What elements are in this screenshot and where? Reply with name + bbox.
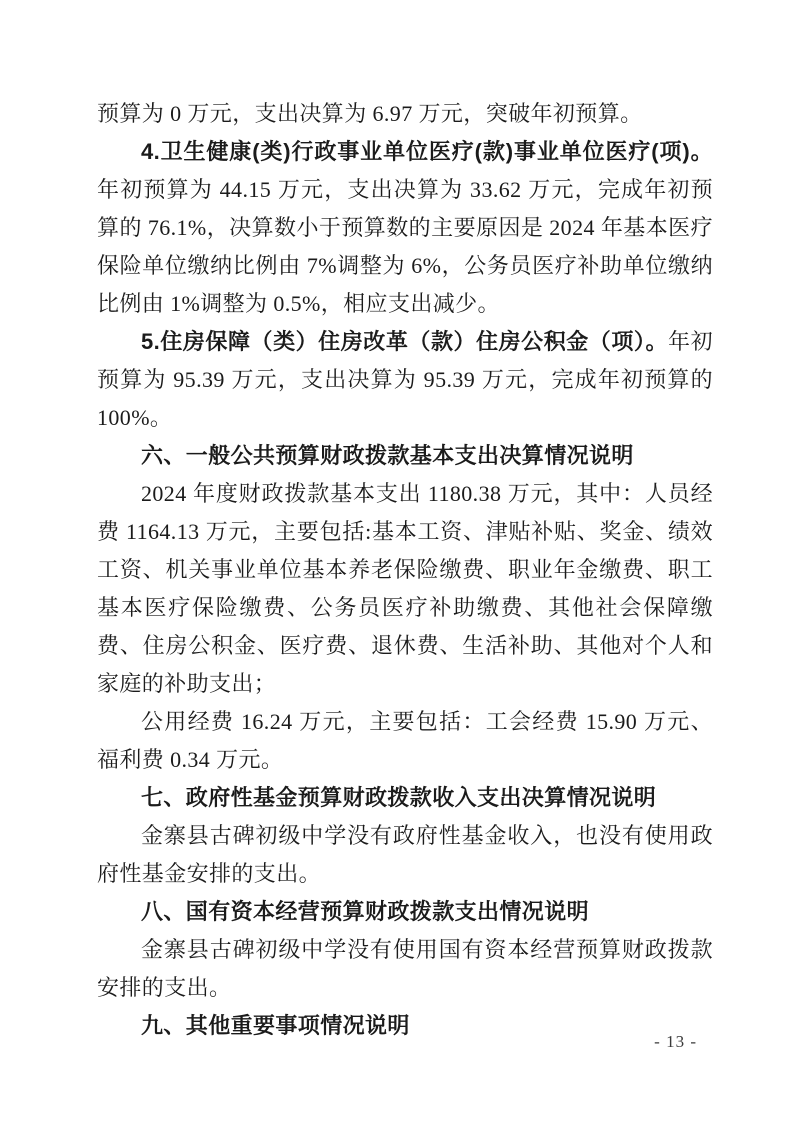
paragraph-continuation: 预算为 0 万元，支出决算为 6.97 万元，突破年初预算。 bbox=[97, 95, 713, 133]
document-body: 预算为 0 万元，支出决算为 6.97 万元，突破年初预算。 4.卫生健康(类)… bbox=[97, 95, 713, 1045]
section-heading-6: 六、一般公共预算财政拨款基本支出决算情况说明 bbox=[97, 437, 713, 475]
document-page: 预算为 0 万元，支出决算为 6.97 万元，突破年初预算。 4.卫生健康(类)… bbox=[0, 0, 793, 1122]
paragraph-government-fund: 金寨县古碑初级中学没有政府性基金收入，也没有使用政府性基金安排的支出。 bbox=[97, 817, 713, 893]
paragraph-item-5: 5.住房保障（类）住房改革（款）住房公积金（项）。年初预算为 95.39 万元，… bbox=[97, 323, 713, 437]
paragraph-state-capital: 金寨县古碑初级中学没有使用国有资本经营预算财政拨款安排的支出。 bbox=[97, 931, 713, 1007]
paragraph-basic-expenditure: 2024 年度财政拨款基本支出 1180.38 万元，其中：人员经费 1164.… bbox=[97, 475, 713, 703]
paragraph-item-4-lead: 4.卫生健康(类)行政事业单位医疗(款)事业单位医疗(项)。 bbox=[141, 139, 713, 164]
paragraph-item-5-lead: 5.住房保障（类）住房改革（款）住房公积金（项）。 bbox=[141, 329, 668, 354]
paragraph-item-4: 4.卫生健康(类)行政事业单位医疗(款)事业单位医疗(项)。年初预算为 44.1… bbox=[97, 133, 713, 323]
section-heading-8: 八、国有资本经营预算财政拨款支出情况说明 bbox=[97, 893, 713, 931]
page-number: - 13 - bbox=[654, 1032, 697, 1052]
section-heading-7: 七、政府性基金预算财政拨款收入支出决算情况说明 bbox=[97, 779, 713, 817]
section-heading-9: 九、其他重要事项情况说明 bbox=[97, 1007, 713, 1045]
paragraph-item-4-text: 年初预算为 44.15 万元，支出决算为 33.62 万元，完成年初预算的 76… bbox=[97, 177, 713, 316]
paragraph-public-funds: 公用经费 16.24 万元，主要包括：工会经费 15.90 万元、福利费 0.3… bbox=[97, 703, 713, 779]
